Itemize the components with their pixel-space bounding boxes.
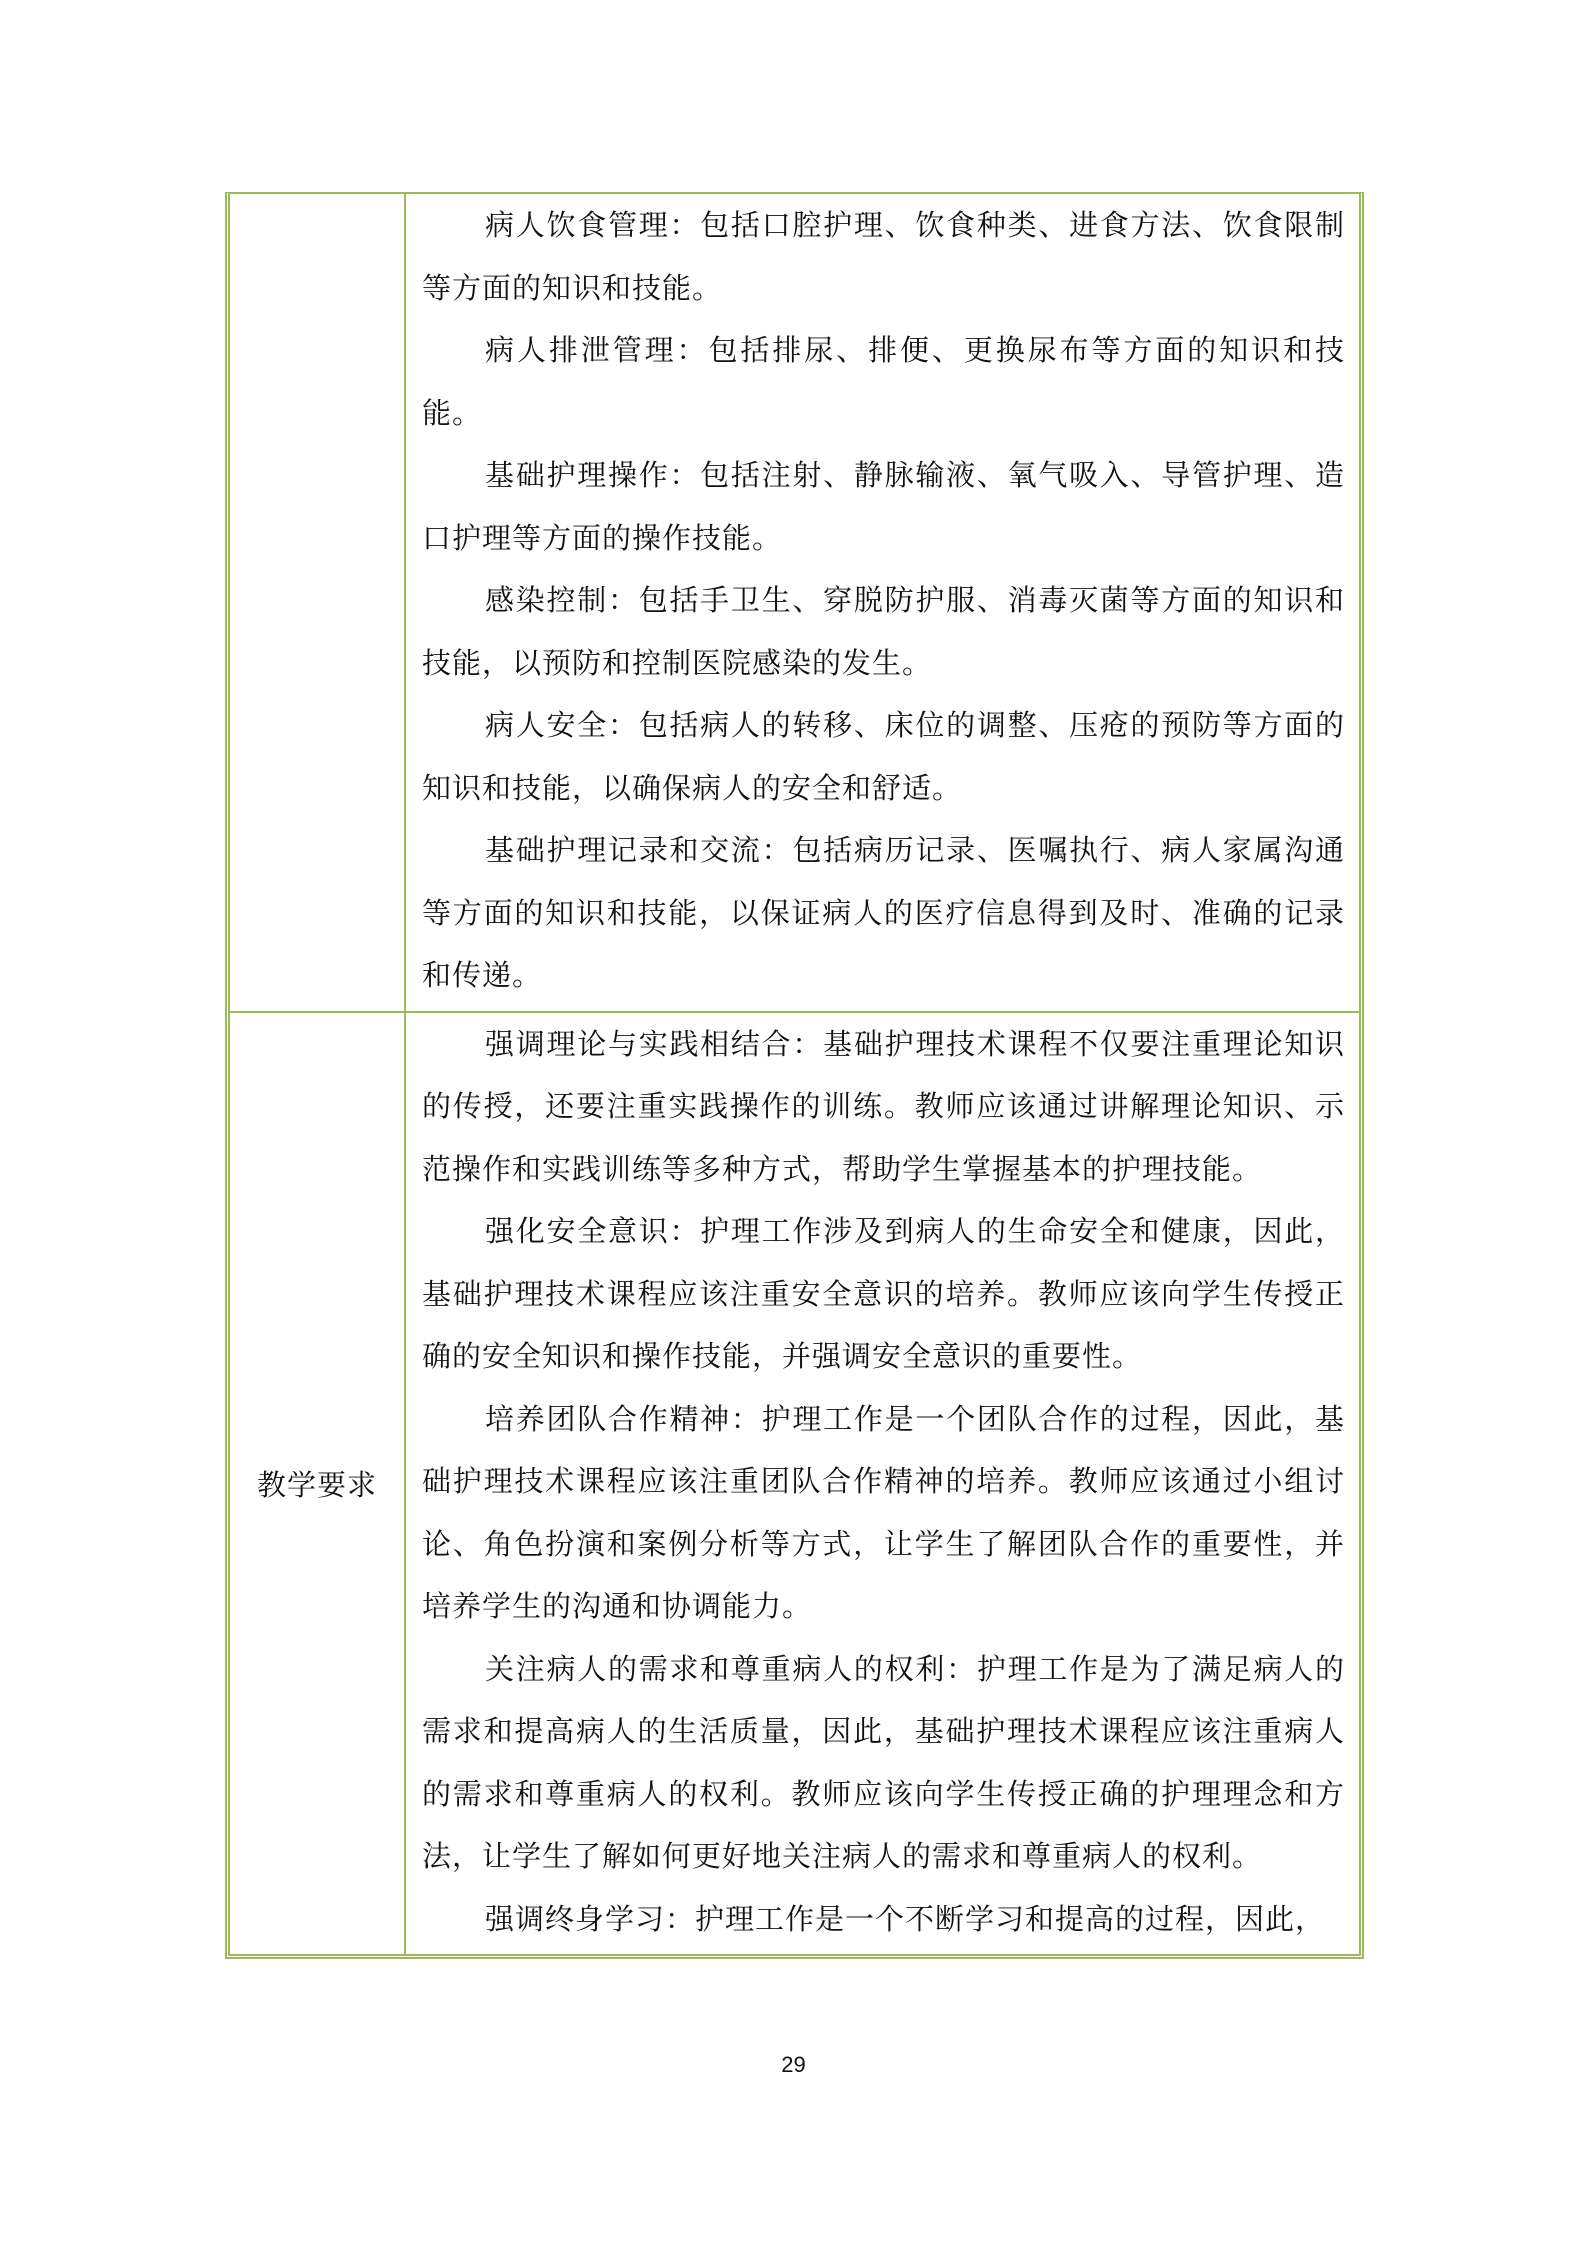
paragraph-patient-safety: 病人安全：包括病人的转移、床位的调整、压疮的预防等方面的知识和技能，以确保病人的… (422, 694, 1345, 819)
paragraph-excretion-management: 病人排泄管理：包括排尿、排便、更换尿布等方面的知识和技能。 (422, 319, 1345, 444)
page-number: 29 (0, 2052, 1587, 2078)
paragraph-safety-awareness: 强化安全意识：护理工作涉及到病人的生命安全和健康，因此，基础护理技术课程应该注重… (422, 1200, 1345, 1388)
content-table: 病人饮食管理：包括口腔护理、饮食种类、进食方法、饮食限制等方面的知识和技能。 病… (225, 192, 1364, 1959)
paragraph-theory-practice: 强调理论与实践相结合：基础护理技术课程不仅要注重理论知识的传授，还要注重实践操作… (422, 1013, 1345, 1201)
row-content-skills: 病人饮食管理：包括口腔护理、饮食种类、进食方法、饮食限制等方面的知识和技能。 病… (406, 194, 1359, 1011)
paragraph-records-communication: 基础护理记录和交流：包括病历记录、医嘱执行、病人家属沟通等方面的知识和技能，以保… (422, 819, 1345, 1007)
paragraph-diet-management: 病人饮食管理：包括口腔护理、饮食种类、进食方法、饮食限制等方面的知识和技能。 (422, 194, 1345, 319)
table-row-teaching-requirements: 教学要求 强调理论与实践相结合：基础护理技术课程不仅要注重理论知识的传授，还要注… (230, 1011, 1359, 1955)
row-label-empty (230, 194, 406, 1011)
row-content-teaching-requirements: 强调理论与实践相结合：基础护理技术课程不仅要注重理论知识的传授，还要注重实践操作… (406, 1013, 1359, 1955)
row-label-teaching-requirements: 教学要求 (230, 1013, 406, 1955)
paragraph-lifelong-learning: 强调终身学习：护理工作是一个不断学习和提高的过程，因此， (422, 1888, 1345, 1951)
paragraph-teamwork: 培养团队合作精神：护理工作是一个团队合作的过程，因此，基础护理技术课程应该注重团… (422, 1388, 1345, 1638)
table-row-skills: 病人饮食管理：包括口腔护理、饮食种类、进食方法、饮食限制等方面的知识和技能。 病… (230, 194, 1359, 1011)
paragraph-infection-control: 感染控制：包括手卫生、穿脱防护服、消毒灭菌等方面的知识和技能，以预防和控制医院感… (422, 569, 1345, 694)
paragraph-patient-needs-rights: 关注病人的需求和尊重病人的权利：护理工作是为了满足病人的需求和提高病人的生活质量… (422, 1638, 1345, 1888)
paragraph-basic-nursing-operations: 基础护理操作：包括注射、静脉输液、氧气吸入、导管护理、造口护理等方面的操作技能。 (422, 444, 1345, 569)
